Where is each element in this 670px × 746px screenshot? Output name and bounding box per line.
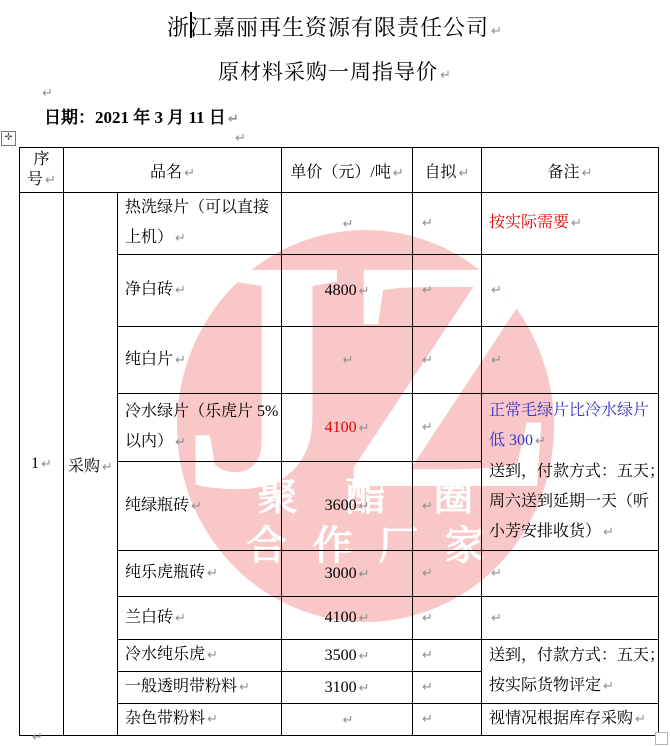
pilcrow-mark: ↵ [357,681,370,696]
cell-product: 纯白片↵ [118,327,282,394]
cell-price: 3600↵ [282,462,413,551]
pilcrow-mark: ↵ [173,283,186,298]
pilcrow-mark: ↵ [420,712,433,727]
pilcrow-mark: ↵ [226,112,239,127]
cell-product: 杂色带粉料↵ [118,704,282,736]
table-move-handle[interactable]: ✛ [1,131,16,146]
cell-self: ↵ [413,462,482,551]
pilcrow-mark: ↵ [205,566,218,581]
pilcrow-mark: ↵ [420,420,433,435]
cell-product: 一般透明带粉料↵ [118,672,282,704]
pilcrow-mark: ↵ [533,434,546,449]
header-self: 自拟↵ [413,148,482,193]
cell-note: 送到，付款方式：五天；按实际货物评定↵ [482,640,659,704]
pilcrow-mark: ↵ [341,353,354,368]
pilcrow-mark: ↵ [420,353,433,368]
cell-note: ↵ [482,551,659,597]
pilcrow-mark: ↵ [357,611,370,626]
header-note: 备注↵ [482,148,659,193]
cell-self: ↵ [413,255,482,327]
pilcrow-mark: ↵ [420,283,433,298]
pilcrow-mark: ↵ [357,421,370,436]
pilcrow-mark: ↵ [357,649,370,664]
document-page[interactable]: JZ 聚酯圈 合作厂家 浙江嘉丽再生资源有限责任公司↵ 原材料采购一周指导价↵ … [0,0,670,746]
pilcrow-mark: ↵ [189,499,202,514]
cell-self: ↵ [413,672,482,704]
pilcrow-mark: ↵ [601,679,614,694]
cell-self: ↵ [413,640,482,672]
cell-product: 净白砖↵ [118,255,282,327]
pilcrow-mark: ↵ [438,68,452,83]
doc-title-line: 浙江嘉丽再生资源有限责任公司↵ [0,11,670,42]
cell-note: 正常毛绿片比冷水绿片低 300↵送到，付款方式：五天；周六送到延期一天（听小芳安… [482,394,659,551]
pilcrow-mark: ↵ [420,611,433,626]
cell-product: 纯乐虎瓶砖↵ [118,551,282,597]
header-seq: 序号↵ [20,148,64,193]
doc-date: 日期：2021 年 3 月 11 日 [44,108,226,127]
cell-self: ↵ [413,597,482,640]
pilcrow-mark: ↵ [43,173,56,188]
pilcrow-mark: ↵ [341,217,354,232]
price-table: 序号↵品名↵单价（元）/吨↵自拟↵备注↵1↵采购↵热洗绿片（可以直接上机）↵↵↵… [19,147,659,736]
cell-product: 冷水纯乐虎↵ [118,640,282,672]
cell-price: ↵ [282,327,413,394]
pilcrow-mark: ↵ [357,499,370,514]
pilcrow-mark: ↵ [489,566,502,581]
cell-price: 3500↵ [282,640,413,672]
pilcrow-mark: ↵ [173,353,186,368]
pilcrow-mark: ↵ [489,283,502,298]
cell-price: 3100↵ [282,672,413,704]
cell-category: 采购↵ [64,193,118,736]
header-price: 单价（元）/吨↵ [282,148,413,193]
pilcrow-mark: ↵ [205,648,218,663]
cell-product: 兰白砖↵ [118,597,282,640]
pilcrow-mark: ↵ [633,712,646,727]
cell-note: 视情况根据库存采购↵ [482,704,659,736]
pilcrow-mark: ↵ [173,611,186,626]
pilcrow-mark: ↵ [420,499,433,514]
cell-product: 冷水绿片（乐虎片 5%以内）↵ [118,394,282,462]
pilcrow-mark: ↵ [237,680,250,695]
cell-price: 4800↵ [282,255,413,327]
pilcrow-mark: ↵ [601,525,614,540]
pilcrow-mark: ↵ [182,166,195,181]
cell-seq: 1↵ [20,193,64,736]
pilcrow-mark: ↵ [233,131,246,146]
pilcrow-mark: ↵ [39,457,52,472]
pilcrow-mark: ↵ [357,284,370,299]
pilcrow-mark: ↵ [420,216,433,231]
cell-price: 4100↵ [282,597,413,640]
cell-note: ↵ [482,255,659,327]
doc-subtitle-line: 原材料采购一周指导价↵ [0,56,670,86]
pilcrow-mark: ↵ [489,611,502,626]
cell-product: 纯绿瓶砖↵ [118,462,282,551]
doc-title: 浙江嘉丽再生资源有限责任公司 [167,15,489,40]
pilcrow-mark: ↵ [40,86,53,101]
cell-note: ↵ [482,327,659,394]
cell-note: ↵ [482,597,659,640]
cell-price: ↵ [282,193,413,255]
cell-self: ↵ [413,327,482,394]
pilcrow-mark: ↵ [205,712,218,727]
pilcrow-mark: ↵ [357,567,370,582]
cell-self: ↵ [413,394,482,462]
pilcrow-mark: ↵ [341,713,354,728]
pilcrow-mark: ↵ [173,435,186,450]
pilcrow-mark: ↵ [569,216,582,231]
pilcrow-mark: ↵ [489,24,503,39]
pilcrow-mark: ↵ [391,166,404,181]
move-icon: ✛ [4,132,12,143]
cell-product: 热洗绿片（可以直接上机）↵ [118,193,282,255]
table-resize-handle[interactable] [655,732,668,745]
cell-price: 3000↵ [282,551,413,597]
cell-self: ↵ [413,704,482,736]
pilcrow-mark: ↵ [420,566,433,581]
header-product: 品名↵ [64,148,282,193]
pilcrow-mark: ↵ [580,166,593,181]
pilcrow-mark: ↵ [100,460,113,475]
pilcrow-mark: ↵ [420,680,433,695]
pilcrow-mark: ↵ [489,353,502,368]
doc-subtitle: 原材料采购一周指导价 [218,60,438,84]
cell-note: 按实际需要↵ [482,193,659,255]
pilcrow-mark: ↵ [173,231,186,246]
cell-self: ↵ [413,551,482,597]
cell-self: ↵ [413,193,482,255]
cell-price: 4100↵ [282,394,413,462]
pilcrow-mark: ↵ [457,166,470,181]
pilcrow-mark: ↵ [420,648,433,663]
pilcrow-mark: ↵ [30,730,43,745]
table-header-row: 序号↵品名↵单价（元）/吨↵自拟↵备注↵ [20,148,659,193]
cell-price: ↵ [282,704,413,736]
doc-date-line: 日期：2021 年 3 月 11 日↵ [44,103,239,128]
table-row: 1↵采购↵热洗绿片（可以直接上机）↵↵↵按实际需要↵ [20,193,659,255]
